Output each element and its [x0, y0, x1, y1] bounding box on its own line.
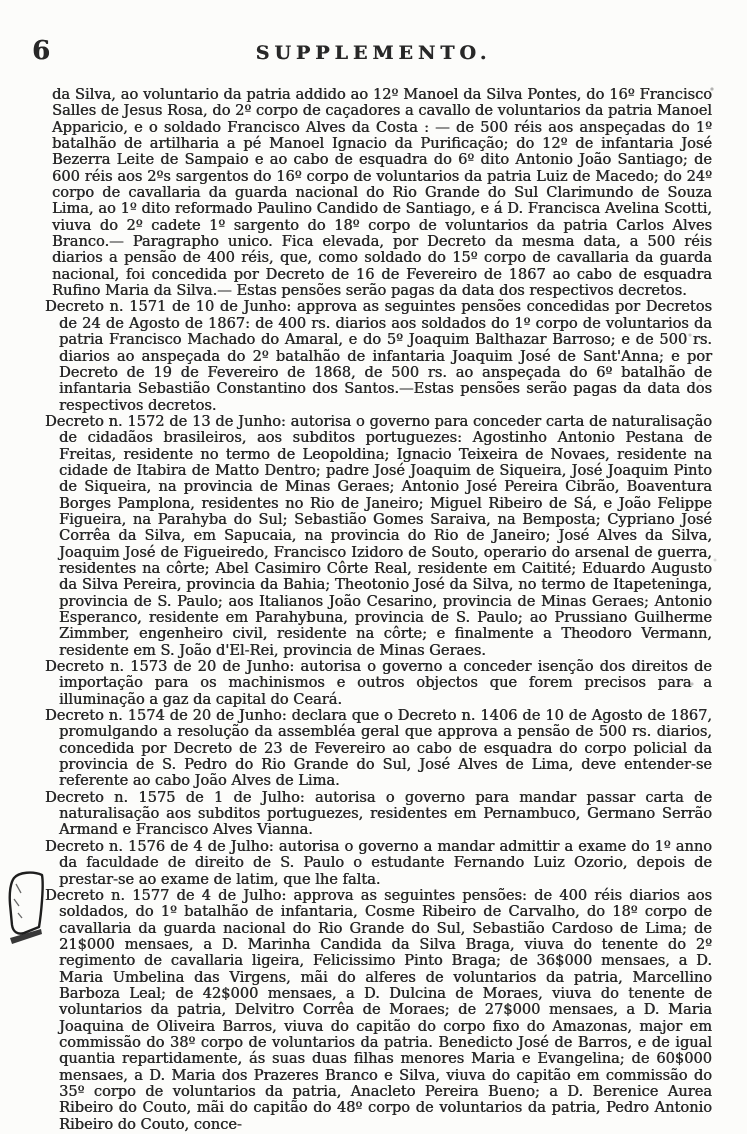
document-body: da Silva, ao voluntario da patria addido…: [52, 87, 712, 1133]
decree-1575-paragraph: Decreto n. 1575 de 1 de Julho: autorisa …: [52, 790, 712, 839]
page-title: SUPPLEMENTO.: [0, 42, 747, 64]
decree-1573-paragraph: Decreto n. 1573 de 20 de Junho: autorisa…: [52, 659, 712, 708]
decree-1572-paragraph: Decreto n. 1572 de 13 de Junho: autorisa…: [52, 414, 712, 659]
decree-1574-paragraph: Decreto n. 1574 de 20 de Junho: declara …: [52, 708, 712, 790]
decree-1571-paragraph: Decreto n. 1571 de 10 de Junho: approva …: [52, 299, 712, 413]
decree-1577-paragraph: Decreto n. 1577 de 4 de Julho: approva a…: [52, 888, 712, 1133]
scanned-document-page: 6 SUPPLEMENTO. da Silva, ao voluntario d…: [0, 0, 747, 1134]
decree-1576-paragraph: Decreto n. 1576 de 4 de Julho: autorisa …: [52, 839, 712, 888]
ink-smudge-icon: [5, 871, 49, 953]
paragraph-continuation: da Silva, ao voluntario da patria addido…: [52, 87, 712, 299]
